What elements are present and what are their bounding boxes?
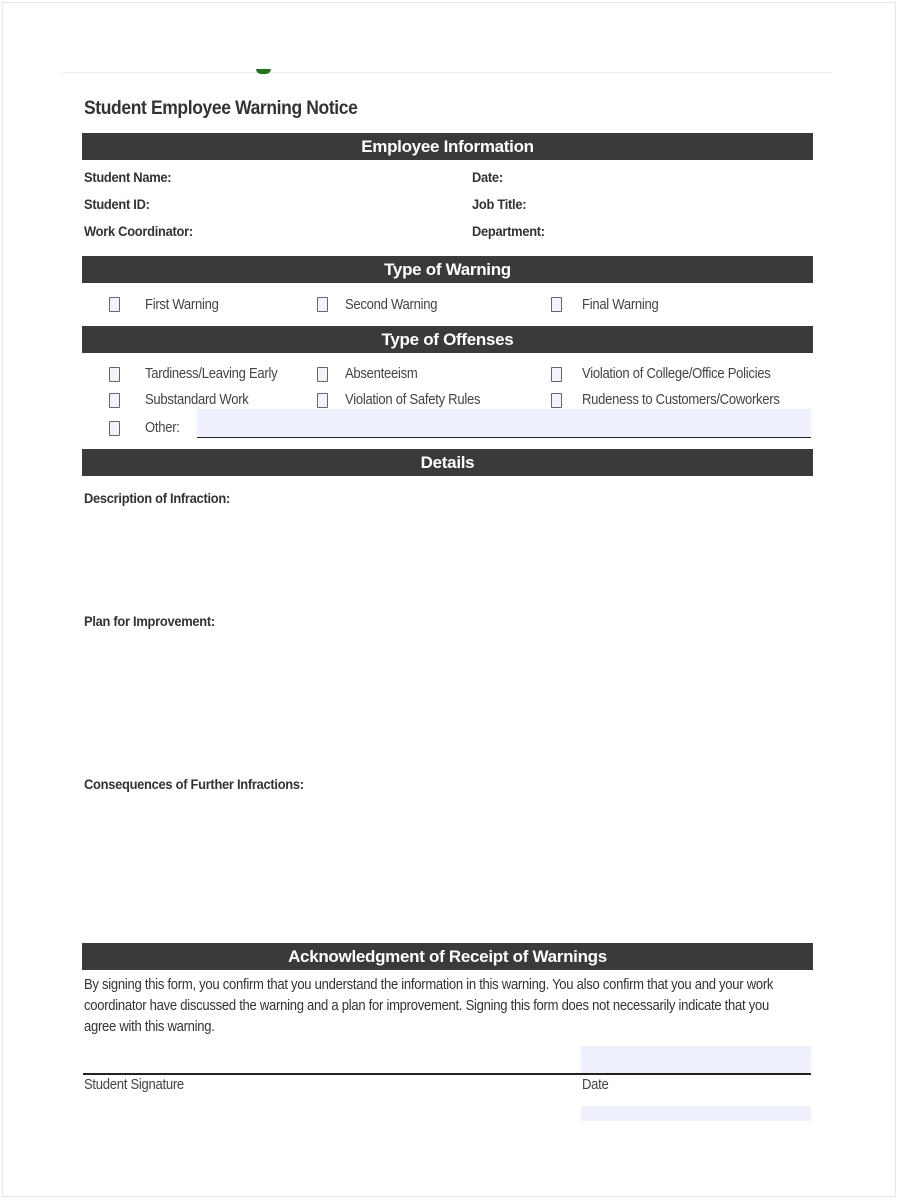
student-signature-label: Student Signature: [84, 1077, 184, 1093]
acknowledgment-text: By signing this form, you confirm that y…: [84, 975, 750, 1038]
substandard-work-label: Substandard Work: [145, 392, 249, 408]
first-warning-checkbox[interactable]: [109, 297, 120, 312]
department-label: Department:: [472, 223, 545, 239]
safety-rules-label: Violation of Safety Rules: [345, 392, 480, 408]
tardiness-label: Tardiness/Leaving Early: [145, 366, 277, 382]
header-divider: [62, 72, 832, 73]
section-header-details: Details: [82, 449, 813, 476]
absenteeism-label: Absenteeism: [345, 366, 417, 382]
other-offense-checkbox[interactable]: [109, 421, 120, 436]
description-of-infraction-label: Description of Infraction:: [84, 490, 230, 506]
section-header-acknowledgment: Acknowledgment of Receipt of Warnings: [82, 943, 813, 970]
second-warning-label: Second Warning: [345, 297, 437, 313]
final-warning-label: Final Warning: [582, 297, 659, 313]
section-header-type-of-warning: Type of Warning: [82, 256, 813, 283]
plan-for-improvement-label: Plan for Improvement:: [84, 613, 215, 629]
other-offense-input[interactable]: [197, 409, 811, 437]
additional-date-input[interactable]: [581, 1106, 811, 1121]
signature-date-input[interactable]: [581, 1046, 811, 1073]
document-title: Student Employee Warning Notice: [84, 98, 357, 120]
policy-violation-checkbox[interactable]: [551, 367, 562, 382]
tardiness-checkbox[interactable]: [109, 367, 120, 382]
second-warning-checkbox[interactable]: [317, 297, 328, 312]
rudeness-label: Rudeness to Customers/Coworkers: [582, 392, 780, 408]
date-label: Date:: [472, 169, 503, 185]
acknowledgment-line: coordinator have discussed the warning a…: [84, 996, 750, 1017]
other-offense-underline: [197, 437, 811, 438]
acknowledgment-line: agree with this warning.: [84, 1017, 750, 1038]
student-name-label: Student Name:: [84, 169, 171, 185]
absenteeism-checkbox[interactable]: [317, 367, 328, 382]
acknowledgment-line: By signing this form, you confirm that y…: [84, 975, 750, 996]
first-warning-label: First Warning: [145, 297, 219, 313]
work-coordinator-label: Work Coordinator:: [84, 223, 193, 239]
other-offense-label: Other:: [145, 420, 180, 436]
student-id-label: Student ID:: [84, 196, 150, 212]
safety-rules-checkbox[interactable]: [317, 393, 328, 408]
section-header-employee-information: Employee Information: [82, 133, 813, 160]
signature-line: [83, 1073, 811, 1075]
rudeness-checkbox[interactable]: [551, 393, 562, 408]
job-title-label: Job Title:: [472, 196, 526, 212]
consequences-label: Consequences of Further Infractions:: [84, 776, 304, 792]
policy-violation-label: Violation of College/Office Policies: [582, 366, 771, 382]
section-header-type-of-offenses: Type of Offenses: [82, 326, 813, 353]
final-warning-checkbox[interactable]: [551, 297, 562, 312]
signature-date-label: Date: [582, 1077, 608, 1093]
substandard-work-checkbox[interactable]: [109, 393, 120, 408]
